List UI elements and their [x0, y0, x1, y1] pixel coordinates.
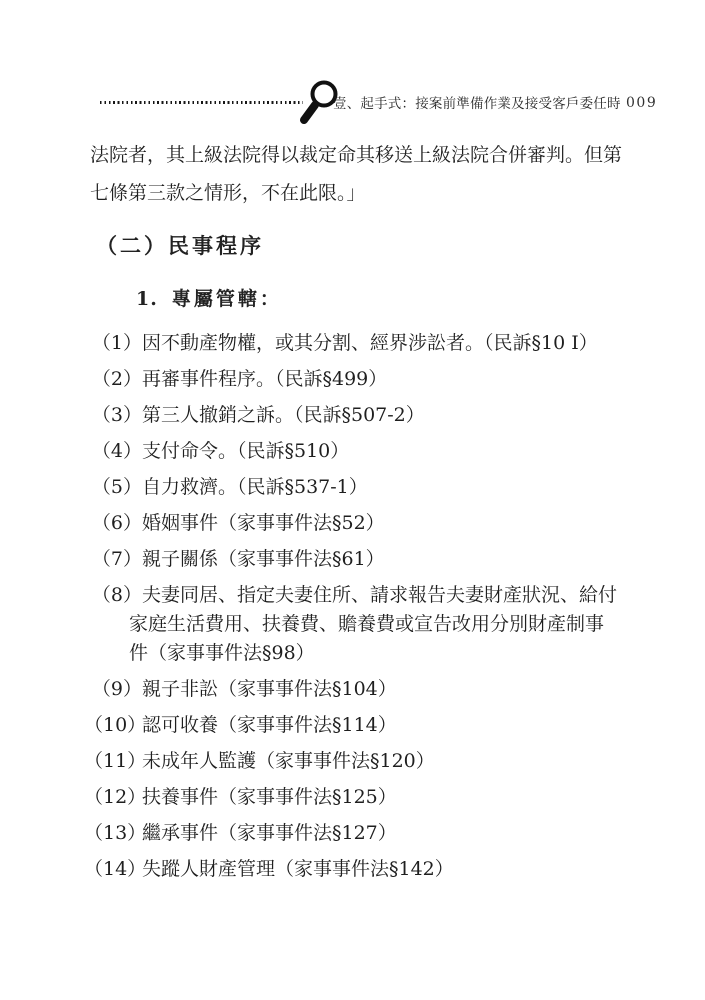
list-item: （14）失蹤人財產管理（家事事件法§142）	[84, 855, 625, 884]
item-text: 再審事件程序。（民訴§499）	[142, 365, 625, 394]
item-text-line: 親子非訟（家事事件法§104）	[142, 675, 625, 704]
item-text-line: 第三人撤銷之訴。（民訴§507-2）	[142, 401, 625, 430]
item-number: （14）	[84, 855, 142, 884]
section-heading: （二）民事程序	[96, 230, 625, 260]
list-item: （8）夫妻同居、指定夫妻住所、請求報告夫妻財產狀況、給付家庭生活費用、扶養費、贍…	[84, 581, 625, 668]
item-text-line: 扶養事件（家事事件法§125）	[142, 783, 625, 812]
list-item: （2）再審事件程序。（民訴§499）	[84, 365, 625, 394]
list-item: （4）支付命令。（民訴§510）	[84, 437, 625, 466]
continuation-paragraph: 法院者，其上級法院得以裁定命其移送上級法院合併審判。但第 七條第三款之情形，不在…	[90, 136, 625, 212]
item-text: 認可收養（家事事件法§114）	[142, 711, 625, 740]
item-text: 自力救濟。（民訴§537-1）	[142, 473, 625, 502]
item-text: 第三人撤銷之訴。（民訴§507-2）	[142, 401, 625, 430]
item-text: 扶養事件（家事事件法§125）	[142, 783, 625, 812]
item-number: （5）	[84, 473, 142, 502]
item-text-line: 親子關係（家事事件法§61）	[142, 545, 625, 574]
item-text-line: 繼承事件（家事事件法§127）	[142, 819, 625, 848]
item-text-line: 未成年人監護（家事事件法§120）	[142, 747, 625, 776]
item-text: 失蹤人財產管理（家事事件法§142）	[142, 855, 625, 884]
item-text: 支付命令。（民訴§510）	[142, 437, 625, 466]
item-text-line: 因不動產物權，或其分割、經界涉訟者。（民訴§10 I）	[142, 329, 625, 358]
page-content: 法院者，其上級法院得以裁定命其移送上級法院合併審判。但第 七條第三款之情形，不在…	[0, 0, 705, 891]
item-text-line: 支付命令。（民訴§510）	[142, 437, 625, 466]
item-text-line: 再審事件程序。（民訴§499）	[142, 365, 625, 394]
item-number: （10）	[84, 711, 142, 740]
item-text-line: 失蹤人財產管理（家事事件法§142）	[142, 855, 625, 884]
item-text: 親子關係（家事事件法§61）	[142, 545, 625, 574]
list-item: （3）第三人撤銷之訴。（民訴§507-2）	[84, 401, 625, 430]
item-list: （1）因不動產物權，或其分割、經界涉訟者。（民訴§10 I）（2）再審事件程序。…	[84, 329, 625, 884]
item-text: 夫妻同居、指定夫妻住所、請求報告夫妻財產狀況、給付家庭生活費用、扶養費、贍養費或…	[142, 581, 625, 668]
paragraph-line: 七條第三款之情形，不在此限。」	[90, 174, 625, 212]
item-text-line: 家庭生活費用、扶養費、贍養費或宣告改用分別財產制事	[129, 610, 625, 639]
item-number: （8）	[84, 581, 142, 610]
subsection-number: 1.	[136, 288, 158, 310]
item-text-line: 自力救濟。（民訴§537-1）	[142, 473, 625, 502]
item-text-line: 件（家事事件法§98）	[129, 639, 625, 668]
item-number: （1）	[84, 329, 142, 358]
item-text: 繼承事件（家事事件法§127）	[142, 819, 625, 848]
list-item: （10）認可收養（家事事件法§114）	[84, 711, 625, 740]
item-number: （2）	[84, 365, 142, 394]
item-text: 婚姻事件（家事事件法§52）	[142, 509, 625, 538]
item-number: （6）	[84, 509, 142, 538]
item-text: 親子非訟（家事事件法§104）	[142, 675, 625, 704]
item-text: 未成年人監護（家事事件法§120）	[142, 747, 625, 776]
book-page: 壹、起手式：接案前準備作業及接受客戶委任時 009 法院者，其上級法院得以裁定命…	[0, 0, 705, 1000]
item-number: （9）	[84, 675, 142, 704]
list-item: （5）自力救濟。（民訴§537-1）	[84, 473, 625, 502]
list-item: （1）因不動產物權，或其分割、經界涉訟者。（民訴§10 I）	[84, 329, 625, 358]
list-item: （13）繼承事件（家事事件法§127）	[84, 819, 625, 848]
item-number: （4）	[84, 437, 142, 466]
list-item: （12）扶養事件（家事事件法§125）	[84, 783, 625, 812]
list-item: （7）親子關係（家事事件法§61）	[84, 545, 625, 574]
item-number: （7）	[84, 545, 142, 574]
subsection-title: 專屬管轄：	[172, 288, 282, 310]
list-item: （9）親子非訟（家事事件法§104）	[84, 675, 625, 704]
subsection-heading: 1.專屬管轄：	[136, 284, 625, 311]
paragraph-line: 法院者，其上級法院得以裁定命其移送上級法院合併審判。但第	[90, 136, 625, 174]
item-number: （13）	[84, 819, 142, 848]
item-text-line: 認可收養（家事事件法§114）	[142, 711, 625, 740]
item-number: （12）	[84, 783, 142, 812]
list-item: （6）婚姻事件（家事事件法§52）	[84, 509, 625, 538]
item-text: 因不動產物權，或其分割、經界涉訟者。（民訴§10 I）	[142, 329, 625, 358]
item-text-line: 婚姻事件（家事事件法§52）	[142, 509, 625, 538]
item-text-line: 夫妻同居、指定夫妻住所、請求報告夫妻財產狀況、給付	[142, 581, 625, 610]
item-number: （11）	[84, 747, 142, 776]
list-item: （11）未成年人監護（家事事件法§120）	[84, 747, 625, 776]
item-number: （3）	[84, 401, 142, 430]
